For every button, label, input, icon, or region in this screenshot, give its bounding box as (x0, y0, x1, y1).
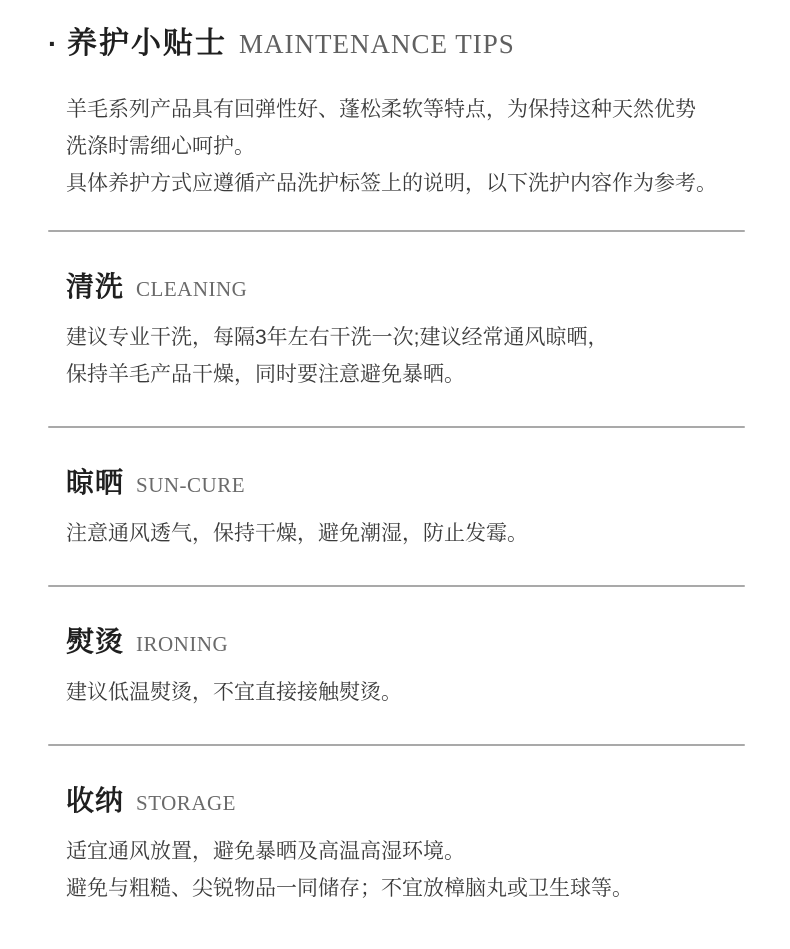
maintenance-tips-page: · 养护小贴士 MAINTENANCE TIPS 羊毛系列产品具有回弹性好、蓬松… (0, 0, 790, 949)
page-title: · 养护小贴士 MAINTENANCE TIPS (48, 27, 745, 61)
section-divider (48, 744, 745, 746)
section-ironing: 熨烫 IRONING 建议低温熨烫，不宜直接接触熨烫。 (48, 625, 745, 711)
section-title-en: STORAGE (136, 786, 236, 820)
section-divider (48, 230, 745, 232)
section-title-zh: 清洗 (66, 270, 124, 304)
section-title-en: CLEANING (136, 272, 247, 306)
section-title-zh: 熨烫 (66, 625, 124, 659)
title-zh: 养护小贴士 (67, 27, 227, 61)
section-divider (48, 585, 745, 587)
title-bullet: · (48, 27, 67, 61)
section-heading: 收纳 STORAGE (66, 784, 745, 820)
section-title-zh: 晾晒 (66, 466, 124, 500)
intro-paragraph: 羊毛系列产品具有回弹性好、蓬松柔软等特点，为保持这种天然优势 洗涤时需细心呵护。… (66, 91, 745, 202)
section-storage: 收纳 STORAGE 适宜通风放置，避免暴晒及高温高湿环境。 避免与粗糙、尖锐物… (48, 784, 745, 907)
section-body: 建议低温熨烫，不宜直接接触熨烫。 (66, 674, 745, 711)
title-en: MAINTENANCE TIPS (239, 27, 515, 61)
section-body: 建议专业干洗，每隔3年左右干洗一次;建议经常通风晾晒， 保持羊毛产品干燥，同时要… (66, 319, 745, 393)
section-sun-cure: 晾晒 SUN-CURE 注意通风透气，保持干燥，避免潮湿，防止发霉。 (48, 466, 745, 552)
section-heading: 熨烫 IRONING (66, 625, 745, 661)
section-body: 适宜通风放置，避免暴晒及高温高湿环境。 避免与粗糙、尖锐物品一同储存；不宜放樟脑… (66, 833, 745, 907)
section-divider (48, 426, 745, 428)
section-body: 注意通风透气，保持干燥，避免潮湿，防止发霉。 (66, 515, 745, 552)
section-title-en: SUN-CURE (136, 468, 245, 502)
section-heading: 清洗 CLEANING (66, 270, 745, 306)
section-title-zh: 收纳 (66, 784, 124, 818)
section-title-en: IRONING (136, 627, 228, 661)
section-cleaning: 清洗 CLEANING 建议专业干洗，每隔3年左右干洗一次;建议经常通风晾晒， … (48, 270, 745, 393)
section-heading: 晾晒 SUN-CURE (66, 466, 745, 502)
